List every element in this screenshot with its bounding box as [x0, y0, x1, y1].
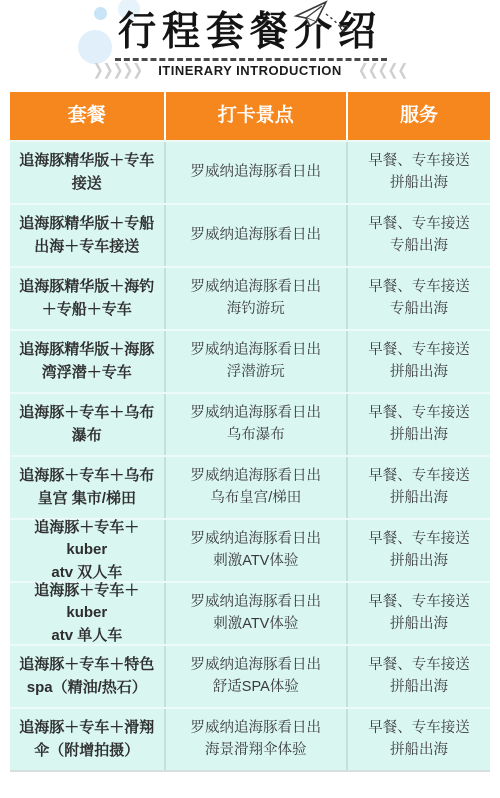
cell-package: 追海豚精华版＋海钓 ＋专船＋专车 [10, 268, 164, 329]
table-row: 追海豚＋专车＋乌布 皇宫 集市/梯田 罗威纳追海豚看日出 乌布皇宫/梯田 早餐、… [10, 455, 490, 518]
cell-attraction: 罗威纳追海豚看日出 乌布皇宫/梯田 [164, 457, 346, 518]
table-row: 追海豚精华版＋专船 出海＋专车接送 罗威纳追海豚看日出 早餐、专车接送 专船出海 [10, 203, 490, 266]
table-row: 追海豚＋专车＋特色 spa（精油/热石） 罗威纳追海豚看日出 舒适SPA体验 早… [10, 644, 490, 707]
cell-service: 早餐、专车接送 拼船出海 [346, 457, 490, 518]
cell-service: 早餐、专车接送 拼船出海 [346, 142, 490, 203]
cell-service: 早餐、专车接送 拼船出海 [346, 646, 490, 707]
cell-service: 早餐、专车接送 拼船出海 [346, 520, 490, 581]
cell-attraction: 罗威纳追海豚看日出 [164, 142, 346, 203]
cell-service: 早餐、专车接送 拼船出海 [346, 394, 490, 455]
cell-service: 早餐、专车接送 拼船出海 [346, 331, 490, 392]
cell-attraction: 罗威纳追海豚看日出 乌布瀑布 [164, 394, 346, 455]
table-header-row: 套餐 打卡景点 服务 [10, 92, 490, 140]
cell-service: 早餐、专车接送 拼船出海 [346, 709, 490, 770]
itinerary-table: 套餐 打卡景点 服务 追海豚精华版＋专车 接送 罗威纳追海豚看日出 早餐、专车接… [10, 92, 490, 772]
column-header-service: 服务 [346, 92, 490, 140]
page-subtitle: ITINERARY INTRODUCTION [158, 63, 342, 78]
cell-attraction: 罗威纳追海豚看日出 刺激ATV体验 [164, 520, 346, 581]
banner: 行程套餐介绍 ❯❯❯❯❯ ITINERARY INTRODUCTION ❮❮❮❮… [0, 0, 500, 92]
column-header-package: 套餐 [10, 92, 164, 140]
heart-icon [340, 26, 347, 32]
cell-attraction: 罗威纳追海豚看日出 舒适SPA体验 [164, 646, 346, 707]
column-header-attraction: 打卡景点 [164, 92, 346, 140]
table-row: 追海豚＋专车＋kuber atv 双人车 罗威纳追海豚看日出 刺激ATV体验 早… [10, 518, 490, 581]
cell-package: 追海豚精华版＋专船 出海＋专车接送 [10, 205, 164, 266]
cell-package: 追海豚＋专车＋乌布 皇宫 集市/梯田 [10, 457, 164, 518]
cell-service: 早餐、专车接送 专船出海 [346, 268, 490, 329]
cell-package: 追海豚＋专车＋特色 spa（精油/热石） [10, 646, 164, 707]
cell-attraction: 罗威纳追海豚看日出 [164, 205, 346, 266]
table-row: 追海豚精华版＋专车 接送 罗威纳追海豚看日出 早餐、专车接送 拼船出海 [10, 140, 490, 203]
table-row: 追海豚精华版＋海钓 ＋专船＋专车 罗威纳追海豚看日出 海钓游玩 早餐、专车接送 … [10, 266, 490, 329]
table-row: 追海豚＋专车＋乌布 瀑布 罗威纳追海豚看日出 乌布瀑布 早餐、专车接送 拼船出海 [10, 392, 490, 455]
title-dashed-underline [115, 58, 387, 61]
cell-attraction: 罗威纳追海豚看日出 海景滑翔伞体验 [164, 709, 346, 770]
cell-package: 追海豚精华版＋专车 接送 [10, 142, 164, 203]
table-row: 追海豚＋专车＋kuber atv 单人车 罗威纳追海豚看日出 刺激ATV体验 早… [10, 581, 490, 644]
left-chevrons-icon: ❯❯❯❯❯ [93, 60, 142, 79]
cell-package: 追海豚＋专车＋kuber atv 双人车 [10, 520, 164, 581]
cell-service: 早餐、专车接送 拼船出海 [346, 583, 490, 644]
cell-package: 追海豚＋专车＋kuber atv 单人车 [10, 583, 164, 644]
right-chevrons-icon: ❮❮❮❮❮ [358, 60, 407, 79]
cell-service: 早餐、专车接送 专船出海 [346, 205, 490, 266]
cell-package: 追海豚＋专车＋乌布 瀑布 [10, 394, 164, 455]
cell-attraction: 罗威纳追海豚看日出 浮潜游玩 [164, 331, 346, 392]
cell-attraction: 罗威纳追海豚看日出 刺激ATV体验 [164, 583, 346, 644]
paper-plane-icon [288, 0, 354, 40]
cell-package: 追海豚精华版＋海豚 湾浮潜＋专车 [10, 331, 164, 392]
table-row: 追海豚＋专车＋滑翔 伞（附增拍摄） 罗威纳追海豚看日出 海景滑翔伞体验 早餐、专… [10, 707, 490, 770]
cell-attraction: 罗威纳追海豚看日出 海钓游玩 [164, 268, 346, 329]
table-row: 追海豚精华版＋海豚 湾浮潜＋专车 罗威纳追海豚看日出 浮潜游玩 早餐、专车接送 … [10, 329, 490, 392]
cell-package: 追海豚＋专车＋滑翔 伞（附增拍摄） [10, 709, 164, 770]
